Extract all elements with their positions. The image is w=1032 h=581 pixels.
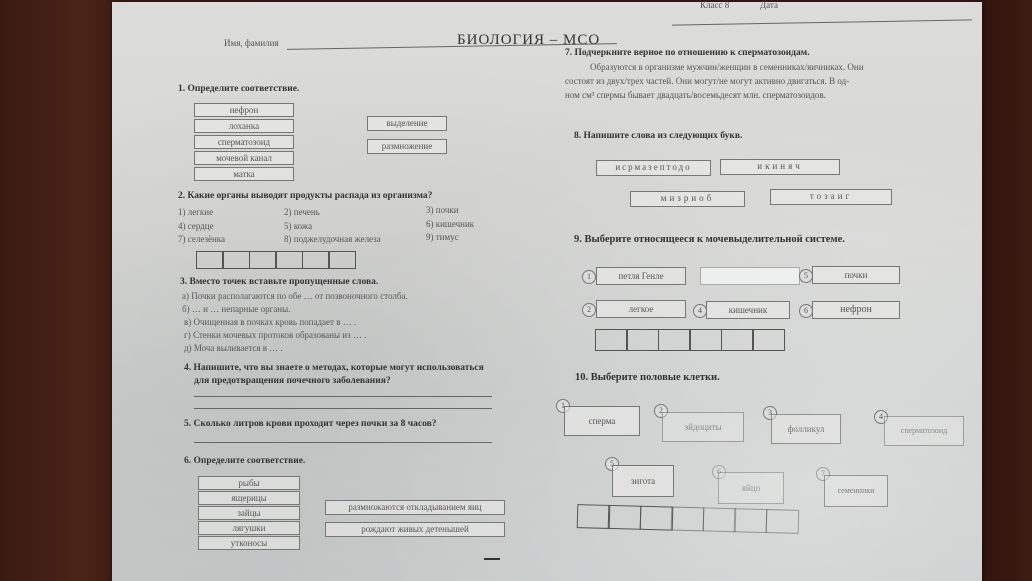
q1-left-item[interactable]: матка	[194, 167, 294, 181]
q1-left-item[interactable]: мочевой канал	[194, 151, 294, 165]
q10-option[interactable]: зигота	[612, 465, 674, 497]
q6-left-item[interactable]: ящерицы	[198, 491, 300, 505]
q1-title: 1. Определите соответствие.	[178, 84, 299, 94]
q6-left-item[interactable]: зайцы	[198, 506, 300, 520]
worksheet-page: Имя, фамилия Класс 8 Дата БИОЛОГИЯ – МСО…	[112, 2, 982, 581]
q3-line: б) … и … непарные органы.	[182, 304, 290, 314]
q5-title: 5. Сколько литров крови проходит через п…	[184, 419, 436, 429]
q9-option[interactable]: нефрон	[812, 301, 900, 319]
q9-option[interactable]: кишечник	[706, 301, 790, 319]
q2-option: 5) кожа	[284, 221, 312, 231]
q9-option-number: 6	[799, 304, 813, 318]
page-title: БИОЛОГИЯ – МСО	[457, 32, 600, 49]
name-label: Имя, фамилия	[224, 38, 279, 48]
q6-right-item[interactable]: рождают живых детенышей	[325, 522, 505, 537]
q8-title: 8. Напишите слова из следующих букв.	[574, 131, 742, 141]
q8-scrambled-word: исрмазептодо	[596, 160, 711, 176]
q1-right-item[interactable]: выделение	[367, 116, 447, 131]
q4-answer-line[interactable]	[194, 396, 492, 397]
desk-surface	[978, 0, 1032, 581]
q3-line: в) Очищенная в почках кровь попадает в ……	[184, 317, 356, 327]
q6-left-item[interactable]: рыбы	[198, 476, 300, 490]
q2-option: 4) сердце	[178, 221, 214, 231]
q9-option[interactable]: легкое	[596, 300, 686, 318]
q5-answer-line[interactable]	[194, 442, 492, 443]
q1-left-item[interactable]: сперматозоид	[194, 135, 294, 149]
q7-line: ном см³ спермы бывает двадцать/восемьдес…	[565, 90, 826, 100]
q3-line: д) Моча выливается в … .	[184, 343, 283, 353]
class-label: Класс 8	[700, 0, 729, 10]
q8-scrambled-word: икиняч	[720, 159, 840, 175]
q2-option: 8) поджелудочная железа	[284, 234, 381, 244]
q9-option-obscured[interactable]	[700, 267, 800, 285]
q9-title: 9. Выберите относящееся к мочевыделитель…	[574, 234, 845, 245]
q10-option[interactable]: сперматозоид	[884, 416, 964, 446]
q1-left-item[interactable]: нефрон	[194, 103, 294, 117]
q6-title: 6. Определите соответствие.	[184, 456, 305, 466]
q10-option[interactable]: яйцо	[718, 472, 784, 504]
q6-right-item[interactable]: размножаются откладыванием яиц	[325, 500, 505, 515]
q3-line: а) Почки располагаются по обе … от позво…	[182, 291, 408, 301]
q9-option-number: 1	[582, 270, 596, 284]
q7-line: Образуются в организме мужчин/женщин в с…	[590, 62, 864, 72]
q10-title: 10. Выберите половые клетки.	[575, 372, 720, 383]
q2-title: 2. Какие органы выводят продукты распада…	[178, 191, 432, 201]
q9-option-number: 5	[799, 269, 813, 283]
q4-title: 4. Напишите, что вы знаете о методах, ко…	[184, 363, 484, 373]
q2-option: 3) почки	[426, 205, 459, 215]
q9-option[interactable]: почки	[812, 266, 900, 284]
q3-title: 3. Вместо точек вставьте пропущенные сло…	[180, 277, 378, 287]
q10-option[interactable]: семенники	[824, 475, 888, 507]
date-label: Дата	[760, 0, 778, 10]
q2-option: 7) селезёнка	[178, 234, 225, 244]
q9-answer-grid[interactable]	[596, 329, 785, 351]
q2-answer-grid[interactable]	[197, 251, 356, 269]
q9-option[interactable]: петля Генле	[596, 267, 686, 285]
q2-option: 1) легкие	[178, 207, 213, 217]
q7-title: 7. Подчеркните верное по отношению к спе…	[565, 48, 810, 58]
q10-option[interactable]: эйдоциты	[662, 412, 744, 442]
q9-option-number: 2	[582, 303, 596, 317]
q2-option: 2) печень	[284, 207, 320, 217]
q10-answer-grid[interactable]	[578, 504, 799, 534]
q4-title-cont: для предотвращения почечного заболевания…	[194, 376, 391, 386]
q6-left-item[interactable]: лягушки	[198, 521, 300, 535]
q10-option[interactable]: фолликул	[771, 414, 841, 444]
q4-answer-line[interactable]	[194, 408, 492, 409]
q2-option: 9) тимус	[426, 232, 459, 242]
q10-option[interactable]: сперма	[564, 406, 640, 436]
q8-scrambled-word: мизриоб	[630, 191, 745, 207]
header-rule	[672, 19, 972, 25]
q2-option: 6) кишечник	[426, 219, 474, 229]
q6-left-item[interactable]: утконосы	[198, 536, 300, 550]
page-mark	[484, 558, 500, 560]
q3-line: г) Стенки мочевых протоков образованы из…	[184, 330, 366, 340]
q8-scrambled-word: тозаиг	[770, 189, 892, 205]
q9-option-number: 4	[693, 304, 707, 318]
q1-left-item[interactable]: лоханка	[194, 119, 294, 133]
q7-line: состоят из двух/трех частей. Они могут/н…	[565, 76, 849, 86]
q1-right-item[interactable]: размножение	[367, 139, 447, 154]
